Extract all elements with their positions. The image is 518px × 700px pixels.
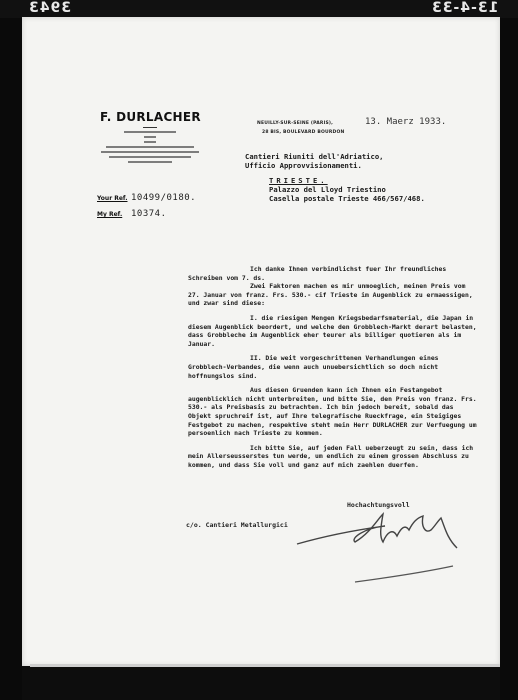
letterhead-fine-print <box>144 141 156 143</box>
body-paragraph: Ich bitte Sie, auf jeden Fall ueberzeugt… <box>188 444 478 470</box>
sender-street: 28 BIS, BOULEVARD BOURDON <box>262 130 344 135</box>
letterhead-fine-print <box>106 146 194 148</box>
company-name: F. DURLACHER <box>100 110 200 124</box>
body-paragraph: Ich danke Ihnen verbindlichst fuer Ihr f… <box>188 265 478 282</box>
signature-icon <box>295 508 465 588</box>
body-paragraph: Zwei Faktoren machen es mir unmoeglich, … <box>188 282 478 308</box>
recipient-city: TRIESTE. <box>269 176 328 185</box>
film-frame-number: 3943 <box>28 0 71 16</box>
recipient-line: Palazzo del Lloyd Triestino <box>245 185 425 194</box>
reference-block: Your Ref. 10499/0180. My Ref. 10374. <box>97 193 196 225</box>
my-ref-row: My Ref. 10374. <box>97 209 196 219</box>
body-paragraph: Aus diesen Gruenden kann ich Ihnen ein F… <box>188 386 478 438</box>
page-edge <box>30 664 500 667</box>
your-ref-label: Your Ref. <box>97 195 131 202</box>
body-paragraph: I. die riesigen Mengen Kriegsbedarfsmate… <box>188 314 478 348</box>
film-date-mark: 13-4-33 <box>431 0 498 16</box>
my-ref-label: My Ref. <box>97 211 131 218</box>
letter-body: Ich danke Ihnen verbindlichst fuer Ihr f… <box>188 265 478 475</box>
your-ref-row: Your Ref. 10499/0180. <box>97 193 196 203</box>
body-paragraph: II. Die weit vorgeschrittenen Verhandlun… <box>188 354 478 380</box>
letterhead-fine-print <box>128 161 172 163</box>
sender-address: NEUILLY-SUR-SEINE (PARIS), 28 BIS, BOULE… <box>257 121 344 135</box>
recipient-line: Cantieri Riuniti dell'Adriatico, <box>245 152 425 161</box>
film-strip-top: 3943 13-4-33 <box>0 0 518 18</box>
sender-place: NEUILLY-SUR-SEINE (PARIS), <box>257 121 333 126</box>
your-ref-value: 10499/0180. <box>131 193 196 203</box>
letterhead: F. DURLACHER <box>100 110 200 166</box>
film-border-left <box>0 0 22 700</box>
letterhead-fine-print <box>109 156 191 158</box>
letterhead-fine-print <box>101 151 199 153</box>
film-border-right <box>500 0 518 700</box>
cc-line: c/o. Cantieri Metallurgici <box>186 521 288 529</box>
letter-date: 13. Maerz 1933. <box>365 117 446 127</box>
recipient-block: Cantieri Riuniti dell'Adriatico, Ufficio… <box>245 152 425 203</box>
letterhead-fine-print <box>124 131 176 133</box>
recipient-line: Ufficio Approvvisionamenti. <box>245 161 425 170</box>
my-ref-value: 10374. <box>131 209 167 219</box>
letterhead-fine-print <box>144 136 156 138</box>
recipient-line: Casella postale Trieste 466/567/468. <box>245 194 425 203</box>
letterhead-rule <box>143 127 157 128</box>
